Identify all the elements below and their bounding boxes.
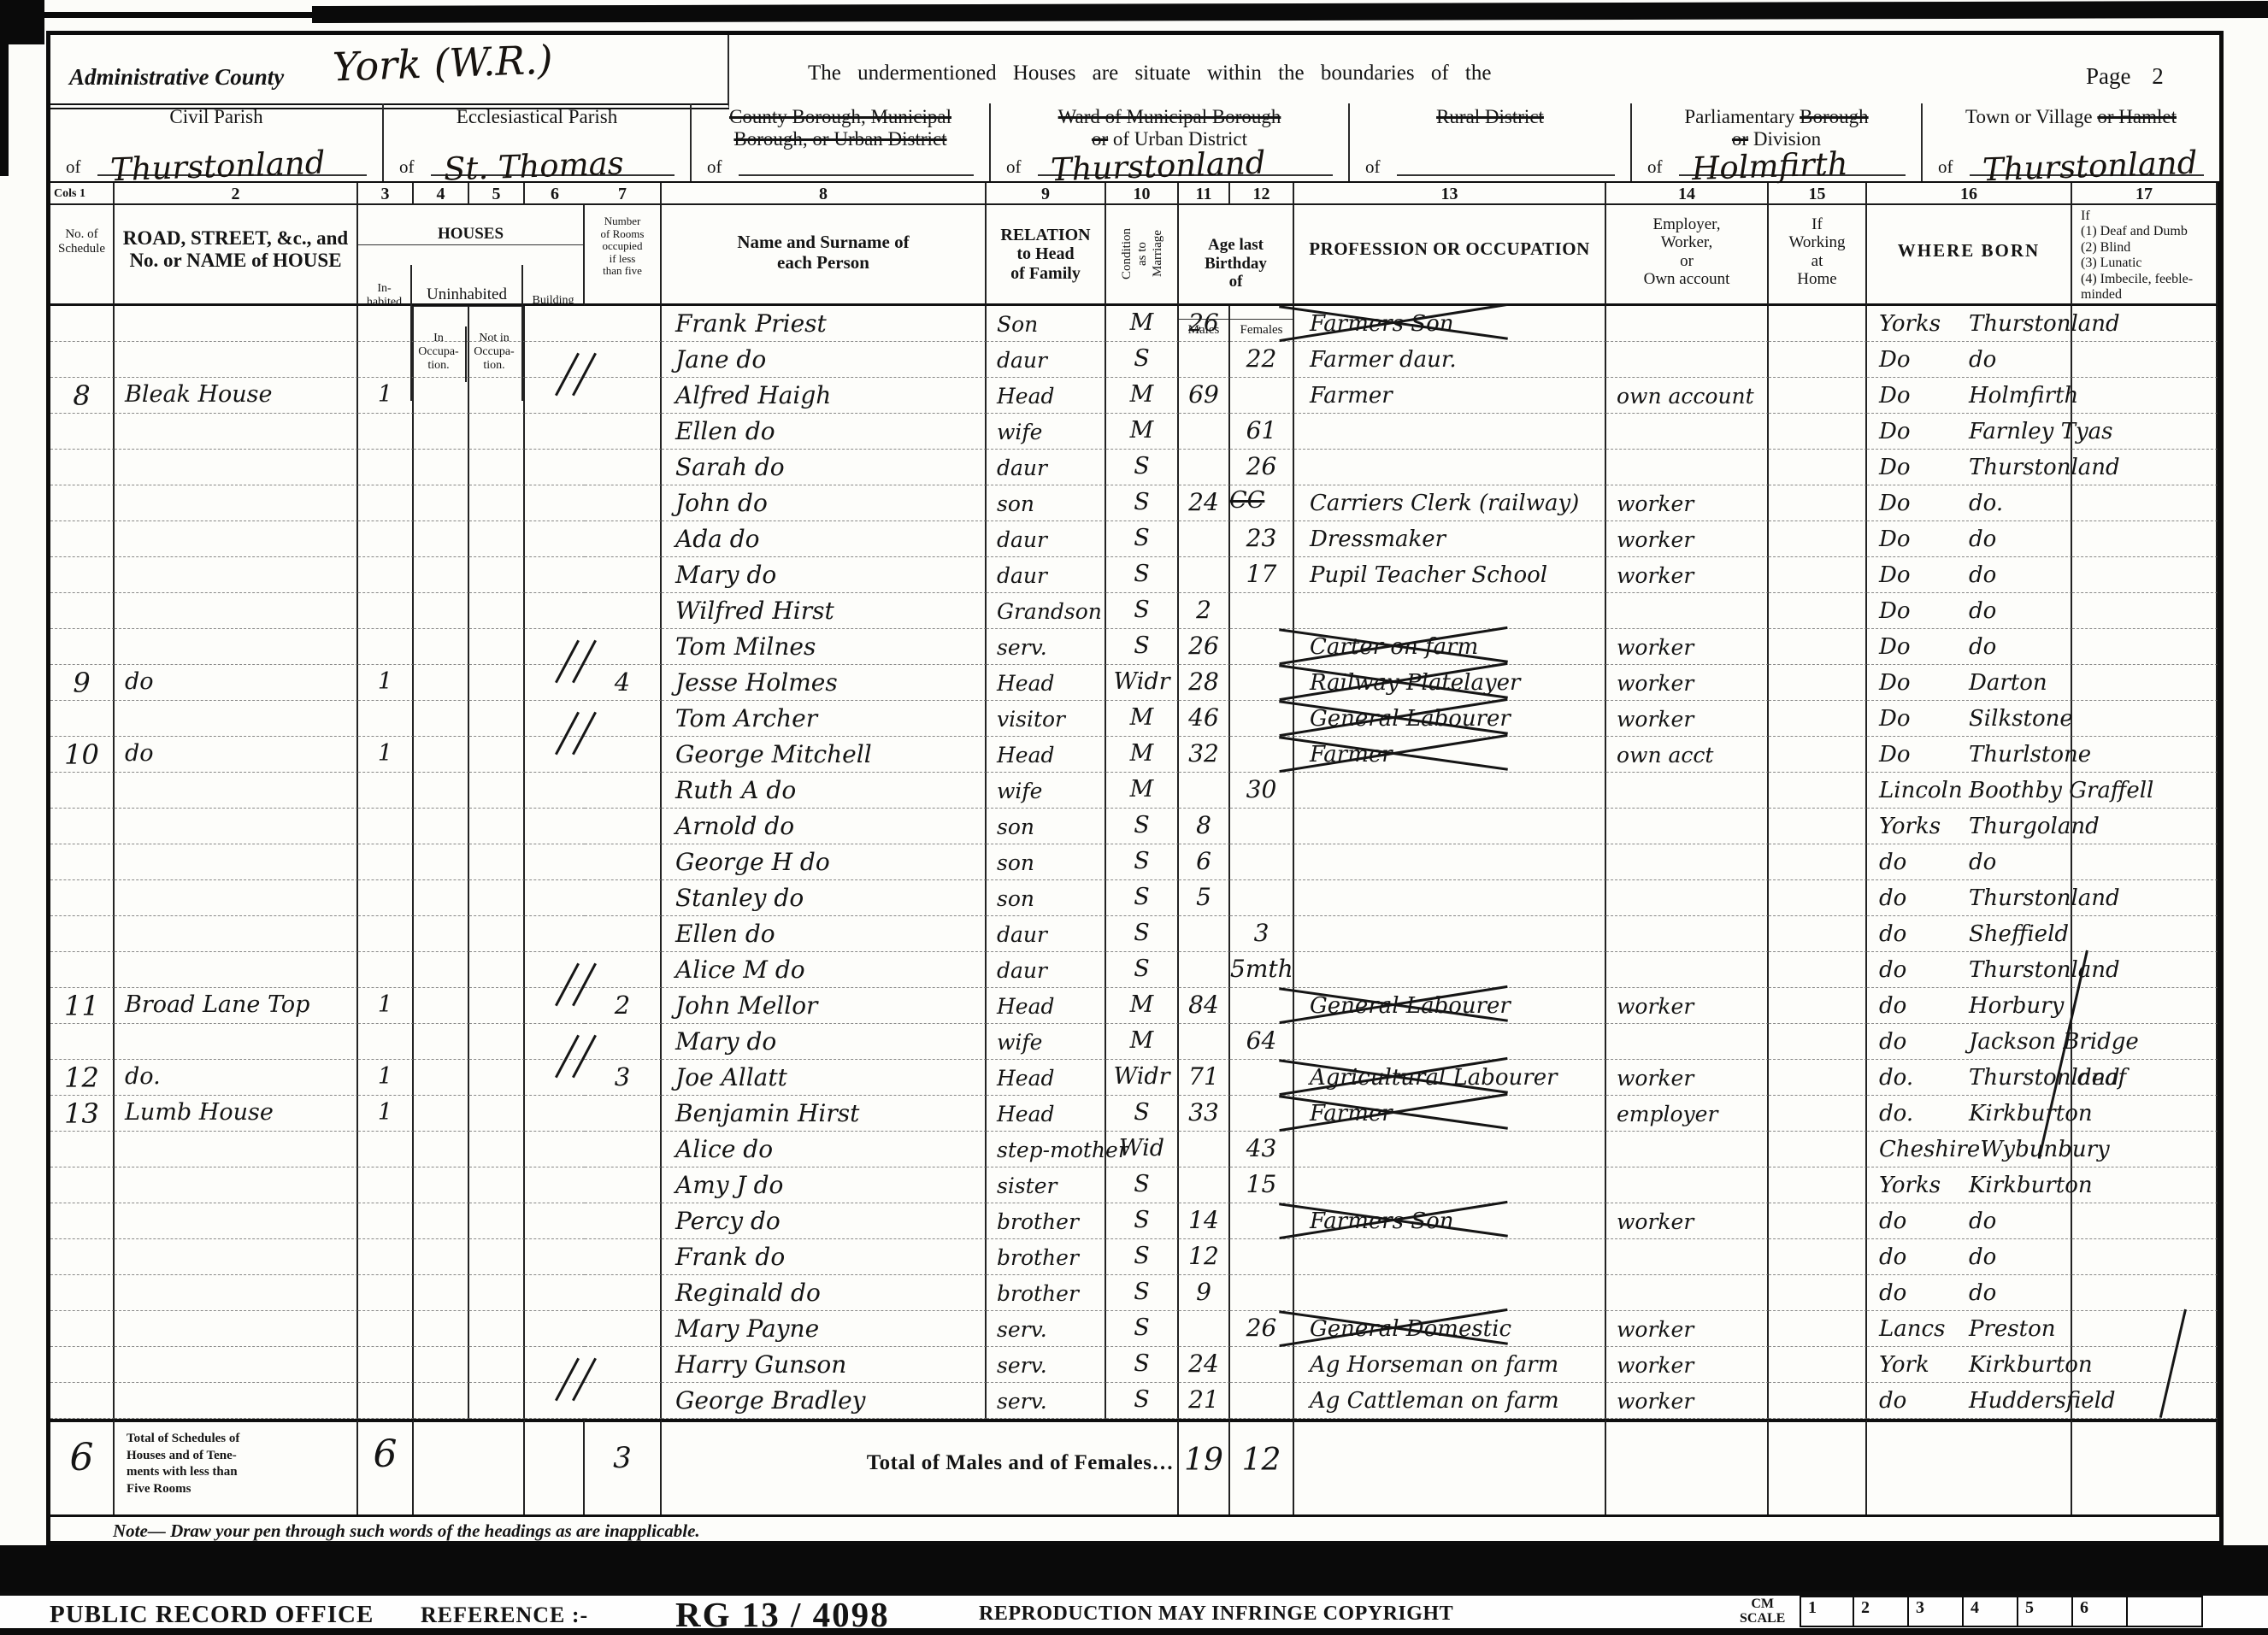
cell-uno xyxy=(469,378,525,414)
born-county: Yorks xyxy=(1879,311,1969,337)
cell-af xyxy=(1230,1383,1294,1419)
born-county: Do xyxy=(1879,598,1969,624)
cell-cond: S xyxy=(1106,1167,1179,1203)
totals-schedule-count: 6 xyxy=(50,1419,115,1514)
cell-road xyxy=(115,880,358,916)
census-table: No. of Schedule ROAD, STREET, &c., and N… xyxy=(48,181,2220,1517)
cell-inh: 1 xyxy=(358,378,414,414)
administrative-county-box: Administrative County York (W.R.) xyxy=(50,35,729,109)
cell-name: Amy J do xyxy=(662,1167,987,1203)
cell-born: doThurstonland xyxy=(1867,952,2072,988)
cell-ath xyxy=(1769,414,1867,450)
scan-black-band xyxy=(0,1545,2268,1591)
cell-rms: 3 xyxy=(585,1060,662,1096)
totals-empty-cell xyxy=(1769,1419,1867,1514)
cell-bld xyxy=(525,1347,585,1383)
cm-scale-mark: 2 xyxy=(1854,1596,1909,1627)
scan-edge-top xyxy=(312,1,2268,23)
cell-ath xyxy=(1769,1239,1867,1275)
cell-emp: employer xyxy=(1606,1096,1769,1132)
cell-af: 17 xyxy=(1230,557,1294,593)
born-place: Preston xyxy=(1969,1316,2056,1342)
born-place: do xyxy=(1969,634,1996,660)
cell-inh xyxy=(358,1024,414,1060)
cell-ath xyxy=(1769,1060,1867,1096)
district-of-label: of xyxy=(1938,156,1953,178)
cell-inf xyxy=(2072,1203,2218,1239)
cell-ath xyxy=(1769,1024,1867,1060)
born-place: do xyxy=(1969,526,1996,552)
born-place: do xyxy=(1969,1280,1996,1306)
cell-sch xyxy=(50,485,115,521)
cell-am xyxy=(1179,1167,1230,1203)
born-county: do xyxy=(1879,1244,1969,1270)
born-county: do xyxy=(1879,921,1969,947)
born-county: Cheshire xyxy=(1879,1137,1980,1162)
cell-sch xyxy=(50,1167,115,1203)
cell-sch xyxy=(50,880,115,916)
cell-emp xyxy=(1606,414,1769,450)
cell-name: Reginald do xyxy=(662,1275,987,1311)
scan-edge-strip xyxy=(38,12,320,18)
district-label-part: Borough, or Urban District xyxy=(733,128,946,150)
cell-uo xyxy=(414,521,469,557)
cell-rel: daur xyxy=(987,952,1106,988)
cell-am: 24 xyxy=(1179,485,1230,521)
cell-rel: visitor xyxy=(987,701,1106,737)
cell-am: 21 xyxy=(1179,1383,1230,1419)
cell-inh xyxy=(358,952,414,988)
born-county: Do xyxy=(1879,562,1969,588)
cell-uo xyxy=(414,809,469,844)
cell-bld xyxy=(525,880,585,916)
cell-name: Percy do xyxy=(662,1203,987,1239)
cell-name: Ellen do xyxy=(662,916,987,952)
cell-af xyxy=(1230,1096,1294,1132)
cell-inf xyxy=(2072,1024,2218,1060)
cell-cond: M xyxy=(1106,737,1179,773)
cell-inf xyxy=(2072,988,2218,1024)
cell-sch: 11 xyxy=(50,988,115,1024)
cm-scale-mark: 3 xyxy=(1909,1596,1964,1627)
cell-name: Joe Allatt xyxy=(662,1060,987,1096)
cell-emp: own acct xyxy=(1606,737,1769,773)
cell-born: dodo xyxy=(1867,1203,2072,1239)
cell-occ: Agricultural Labourer xyxy=(1294,1060,1606,1096)
cell-occ: General Labourer xyxy=(1294,701,1606,737)
cell-occ: Farmer xyxy=(1294,378,1606,414)
cell-road xyxy=(115,306,358,342)
cell-name: Benjamin Hirst xyxy=(662,1096,987,1132)
cell-emp: worker xyxy=(1606,1060,1769,1096)
born-county: do xyxy=(1879,957,1969,983)
cell-name: Frank do xyxy=(662,1239,987,1275)
cell-born: DoDarton xyxy=(1867,665,2072,701)
cell-uo xyxy=(414,1024,469,1060)
cell-occ xyxy=(1294,809,1606,844)
cell-uno xyxy=(469,485,525,521)
public-record-office-label: PUBLIC RECORD OFFICE xyxy=(50,1601,374,1629)
cell-inh xyxy=(358,1383,414,1419)
district-label: County Borough, MunicipalBorough, or Urb… xyxy=(692,103,989,150)
district-of-label: of xyxy=(1647,156,1663,178)
scan-edge-corner xyxy=(0,0,44,44)
cell-road xyxy=(115,701,358,737)
totals-empty-cell xyxy=(2072,1419,2218,1514)
cell-born: YorksKirkburton xyxy=(1867,1167,2072,1203)
cell-road xyxy=(115,485,358,521)
cell-uno xyxy=(469,414,525,450)
col-head-relation: RELATION to Head of Family xyxy=(987,205,1106,306)
cell-cond: S xyxy=(1106,557,1179,593)
cell-bld xyxy=(525,737,585,773)
cell-cond: S xyxy=(1106,880,1179,916)
cell-inf xyxy=(2072,521,2218,557)
col-head-infirmity: If (1) Deaf and Dumb (2) Blind (3) Lunat… xyxy=(2072,205,2218,306)
cell-inf xyxy=(2072,1383,2218,1419)
cell-bld xyxy=(525,844,585,880)
cell-occ xyxy=(1294,844,1606,880)
cell-uno xyxy=(469,880,525,916)
totals-empty-cell xyxy=(469,1419,525,1514)
cell-uo xyxy=(414,844,469,880)
cell-rel: daur xyxy=(987,557,1106,593)
col-number: 6 xyxy=(525,183,585,205)
cell-bld xyxy=(525,342,585,378)
cell-occ: Farmers Son xyxy=(1294,306,1606,342)
col-number: 4 xyxy=(414,183,469,205)
cell-rel: son xyxy=(987,809,1106,844)
cell-rms xyxy=(585,1096,662,1132)
cell-uno xyxy=(469,737,525,773)
cell-af: 23 xyxy=(1230,521,1294,557)
district-underline xyxy=(1397,174,1615,176)
born-county: Do xyxy=(1879,670,1969,696)
cell-sch xyxy=(50,1132,115,1167)
cell-inh xyxy=(358,1132,414,1167)
cell-born: LincolnBoothby Graffell xyxy=(1867,773,2072,809)
cell-uo xyxy=(414,1167,469,1203)
cell-emp xyxy=(1606,952,1769,988)
cell-cond: S xyxy=(1106,809,1179,844)
cell-emp xyxy=(1606,1167,1769,1203)
cell-sch xyxy=(50,414,115,450)
cell-uo xyxy=(414,629,469,665)
cell-road xyxy=(115,593,358,629)
cell-cond: S xyxy=(1106,1203,1179,1239)
cell-name: Arnold do xyxy=(662,809,987,844)
district-label: Rural District xyxy=(1350,103,1630,128)
cell-af xyxy=(1230,593,1294,629)
cell-name: Mary Payne xyxy=(662,1311,987,1347)
cell-occ: Ag Cattleman on farm xyxy=(1294,1383,1606,1419)
cell-name: Mary do xyxy=(662,1024,987,1060)
cell-bld xyxy=(525,378,585,414)
born-place: Silkstone xyxy=(1969,706,2073,732)
cell-born: dodo xyxy=(1867,844,2072,880)
cell-emp: own account xyxy=(1606,378,1769,414)
cell-inf xyxy=(2072,1347,2218,1383)
cell-road xyxy=(115,1311,358,1347)
cell-rel: serv. xyxy=(987,1311,1106,1347)
cell-ath xyxy=(1769,485,1867,521)
cell-af xyxy=(1230,809,1294,844)
cell-rms xyxy=(585,809,662,844)
cell-rms xyxy=(585,773,662,809)
cell-cond: M xyxy=(1106,701,1179,737)
cell-cond: M xyxy=(1106,306,1179,342)
cell-name: John Mellor xyxy=(662,988,987,1024)
cell-af: 64 xyxy=(1230,1024,1294,1060)
cell-road: do. xyxy=(115,1060,358,1096)
cell-road xyxy=(115,414,358,450)
totals-males-females-label: Total of Males and of Females… xyxy=(662,1419,1179,1514)
cell-born: Dodo. xyxy=(1867,485,2072,521)
col-number: 3 xyxy=(358,183,414,205)
cell-af xyxy=(1230,1347,1294,1383)
cell-emp xyxy=(1606,809,1769,844)
cell-rms xyxy=(585,1203,662,1239)
cell-ath xyxy=(1769,1275,1867,1311)
cell-sch xyxy=(50,844,115,880)
cell-road xyxy=(115,342,358,378)
cell-rel: serv. xyxy=(987,1383,1106,1419)
cell-name: Tom Archer xyxy=(662,701,987,737)
cell-name: Mary do xyxy=(662,557,987,593)
district-label: Parliamentary Boroughor Division xyxy=(1632,103,1921,150)
cell-cond: M xyxy=(1106,414,1179,450)
totals-males-count: 19 xyxy=(1179,1419,1230,1514)
cell-road xyxy=(115,1024,358,1060)
born-county: Lancs xyxy=(1879,1316,1969,1342)
cell-ath xyxy=(1769,1311,1867,1347)
cell-inf xyxy=(2072,557,2218,593)
cell-af xyxy=(1230,1239,1294,1275)
col-number: Cols 1 xyxy=(50,183,115,205)
district-label-part: Borough xyxy=(1800,106,1869,127)
cell-emp xyxy=(1606,450,1769,485)
cell-uo xyxy=(414,737,469,773)
cell-inf xyxy=(2072,1096,2218,1132)
born-county: do. xyxy=(1879,1101,1969,1126)
cell-rel: daur xyxy=(987,916,1106,952)
district-label-part: or xyxy=(1092,128,1108,150)
cell-emp: worker xyxy=(1606,629,1769,665)
cell-sch xyxy=(50,809,115,844)
cell-am: 26 xyxy=(1179,629,1230,665)
cell-inh xyxy=(358,809,414,844)
reference-value: RG 13 / 4098 xyxy=(675,1594,890,1635)
cell-occ xyxy=(1294,1132,1606,1167)
cell-inf xyxy=(2072,414,2218,450)
cell-bld xyxy=(525,1275,585,1311)
cell-sch xyxy=(50,773,115,809)
cell-inh xyxy=(358,1167,414,1203)
cell-af xyxy=(1230,737,1294,773)
cell-emp: worker xyxy=(1606,665,1769,701)
cell-am: 33 xyxy=(1179,1096,1230,1132)
cell-born: doSheffield xyxy=(1867,916,2072,952)
district-header-row: Civil ParishofThurstonlandEcclesiastical… xyxy=(50,103,2219,181)
cell-ath xyxy=(1769,809,1867,844)
cell-rel: serv. xyxy=(987,1347,1106,1383)
cell-uo xyxy=(414,342,469,378)
col-number: 2 xyxy=(115,183,358,205)
cell-uno xyxy=(469,1347,525,1383)
cell-uno xyxy=(469,1239,525,1275)
col-head-road: ROAD, STREET, &c., and No. or NAME of HO… xyxy=(115,205,358,306)
cell-inf xyxy=(2072,450,2218,485)
cell-rms xyxy=(585,521,662,557)
col-number: 11 xyxy=(1179,183,1230,205)
cell-uo xyxy=(414,1275,469,1311)
cell-am: 9 xyxy=(1179,1275,1230,1311)
born-county: Do xyxy=(1879,634,1969,660)
cell-uo xyxy=(414,952,469,988)
district-cell-5: Parliamentary Boroughor DivisionofHolmfi… xyxy=(1632,103,1923,181)
cell-name: George Mitchell xyxy=(662,737,987,773)
cell-ath xyxy=(1769,306,1867,342)
cell-ath xyxy=(1769,557,1867,593)
cell-road: Lumb House xyxy=(115,1096,358,1132)
cell-emp xyxy=(1606,1275,1769,1311)
col-head-name: Name and Surname of each Person xyxy=(662,205,987,306)
cell-rel: Head xyxy=(987,378,1106,414)
cell-bld xyxy=(525,773,585,809)
cell-uno xyxy=(469,665,525,701)
cell-occ: Farmer daur. xyxy=(1294,342,1606,378)
cell-born: dodo xyxy=(1867,1275,2072,1311)
cell-rel: Son xyxy=(987,306,1106,342)
cell-cond: M xyxy=(1106,773,1179,809)
district-cell-1: Ecclesiastical ParishofSt. Thomas xyxy=(384,103,692,181)
born-county: Lincoln xyxy=(1879,778,1969,803)
district-label-part: or xyxy=(1732,128,1748,150)
cell-emp xyxy=(1606,306,1769,342)
cell-rel: Grandson xyxy=(987,593,1106,629)
cell-emp xyxy=(1606,593,1769,629)
totals-empty-cell xyxy=(1867,1419,2072,1514)
cell-bld xyxy=(525,665,585,701)
born-county: do xyxy=(1879,885,1969,911)
cell-occ xyxy=(1294,1024,1606,1060)
cell-rms xyxy=(585,1383,662,1419)
cell-uo xyxy=(414,1347,469,1383)
cell-bld xyxy=(525,1203,585,1239)
cell-rel: son xyxy=(987,844,1106,880)
cell-bld xyxy=(525,557,585,593)
cell-born: DoHolmfirth xyxy=(1867,378,2072,414)
district-cell-3: Ward of Municipal Boroughor of Urban Dis… xyxy=(991,103,1350,181)
cell-road: do xyxy=(115,665,358,701)
cell-occ: Farmer xyxy=(1294,737,1606,773)
cell-rms xyxy=(585,952,662,988)
cm-scale-mark: 1 xyxy=(1800,1596,1854,1627)
cell-uo xyxy=(414,593,469,629)
cell-af: 3 xyxy=(1230,916,1294,952)
cell-af xyxy=(1230,701,1294,737)
cell-inh xyxy=(358,306,414,342)
cell-born: Dodo xyxy=(1867,521,2072,557)
cell-born: doHuddersfield xyxy=(1867,1383,2072,1419)
cell-inf xyxy=(2072,737,2218,773)
district-underline xyxy=(739,174,974,176)
cell-born: DoFarnley Tyas xyxy=(1867,414,2072,450)
cell-sch xyxy=(50,1239,115,1275)
totals-empty-cell xyxy=(414,1419,469,1514)
cell-sch xyxy=(50,557,115,593)
census-scan: Administrative County York (W.R.) The un… xyxy=(0,0,2268,1635)
cell-born: doThurstonland xyxy=(1867,880,2072,916)
cell-ath xyxy=(1769,593,1867,629)
cell-occ xyxy=(1294,952,1606,988)
cell-name: George Bradley xyxy=(662,1383,987,1419)
cell-am: 8 xyxy=(1179,809,1230,844)
administrative-county-value: York (W.R.) xyxy=(332,37,553,91)
cell-bld xyxy=(525,450,585,485)
cell-am xyxy=(1179,916,1230,952)
cell-uo xyxy=(414,414,469,450)
cell-ath xyxy=(1769,1203,1867,1239)
cell-af xyxy=(1230,665,1294,701)
cell-ath xyxy=(1769,952,1867,988)
cell-rel: Head xyxy=(987,988,1106,1024)
cell-born: DoSilkstone xyxy=(1867,701,2072,737)
cell-bld xyxy=(525,1024,585,1060)
cell-ath xyxy=(1769,916,1867,952)
born-place: Sheffield xyxy=(1969,921,2069,947)
cell-inf xyxy=(2072,1239,2218,1275)
district-of-label: of xyxy=(66,156,81,178)
born-county: Do xyxy=(1879,742,1969,768)
cell-rms xyxy=(585,378,662,414)
cell-occ: Carriers Clerk (railway) xyxy=(1294,485,1606,521)
district-label: Town or Village or Hamlet xyxy=(1923,103,2219,128)
uninhabited-title: Uninhabited xyxy=(412,284,521,307)
situate-sentence: The undermentioned Houses are situate wi… xyxy=(808,62,1491,85)
born-county: do xyxy=(1879,993,1969,1019)
cell-road: do xyxy=(115,737,358,773)
cell-emp xyxy=(1606,773,1769,809)
born-county: do xyxy=(1879,1388,1969,1414)
cell-road xyxy=(115,1167,358,1203)
col-number: 13 xyxy=(1294,183,1606,205)
cell-inf xyxy=(2072,809,2218,844)
cell-am: 26 xyxy=(1179,306,1230,342)
cell-born: YorkKirkburton xyxy=(1867,1347,2072,1383)
district-cell-0: Civil ParishofThurstonland xyxy=(50,103,384,181)
cell-occ xyxy=(1294,880,1606,916)
cell-am xyxy=(1179,342,1230,378)
cell-born: LancsPreston xyxy=(1867,1311,2072,1347)
cell-uno xyxy=(469,809,525,844)
cell-name: Ruth A do xyxy=(662,773,987,809)
cell-emp: worker xyxy=(1606,1347,1769,1383)
cell-cond: S xyxy=(1106,1311,1179,1347)
cell-uo xyxy=(414,1239,469,1275)
cell-inh xyxy=(358,342,414,378)
col-head-employer: Employer, Worker, or Own account xyxy=(1606,205,1769,306)
cell-rms xyxy=(585,593,662,629)
cell-inh: 1 xyxy=(358,988,414,1024)
cell-road xyxy=(115,1383,358,1419)
cell-uno xyxy=(469,952,525,988)
cell-uno xyxy=(469,1203,525,1239)
cm-scale-ruler: 123456 xyxy=(1800,1596,2203,1628)
col-number: 8 xyxy=(662,183,987,205)
district-of-label: of xyxy=(1365,156,1381,178)
cell-inh: 1 xyxy=(358,1060,414,1096)
